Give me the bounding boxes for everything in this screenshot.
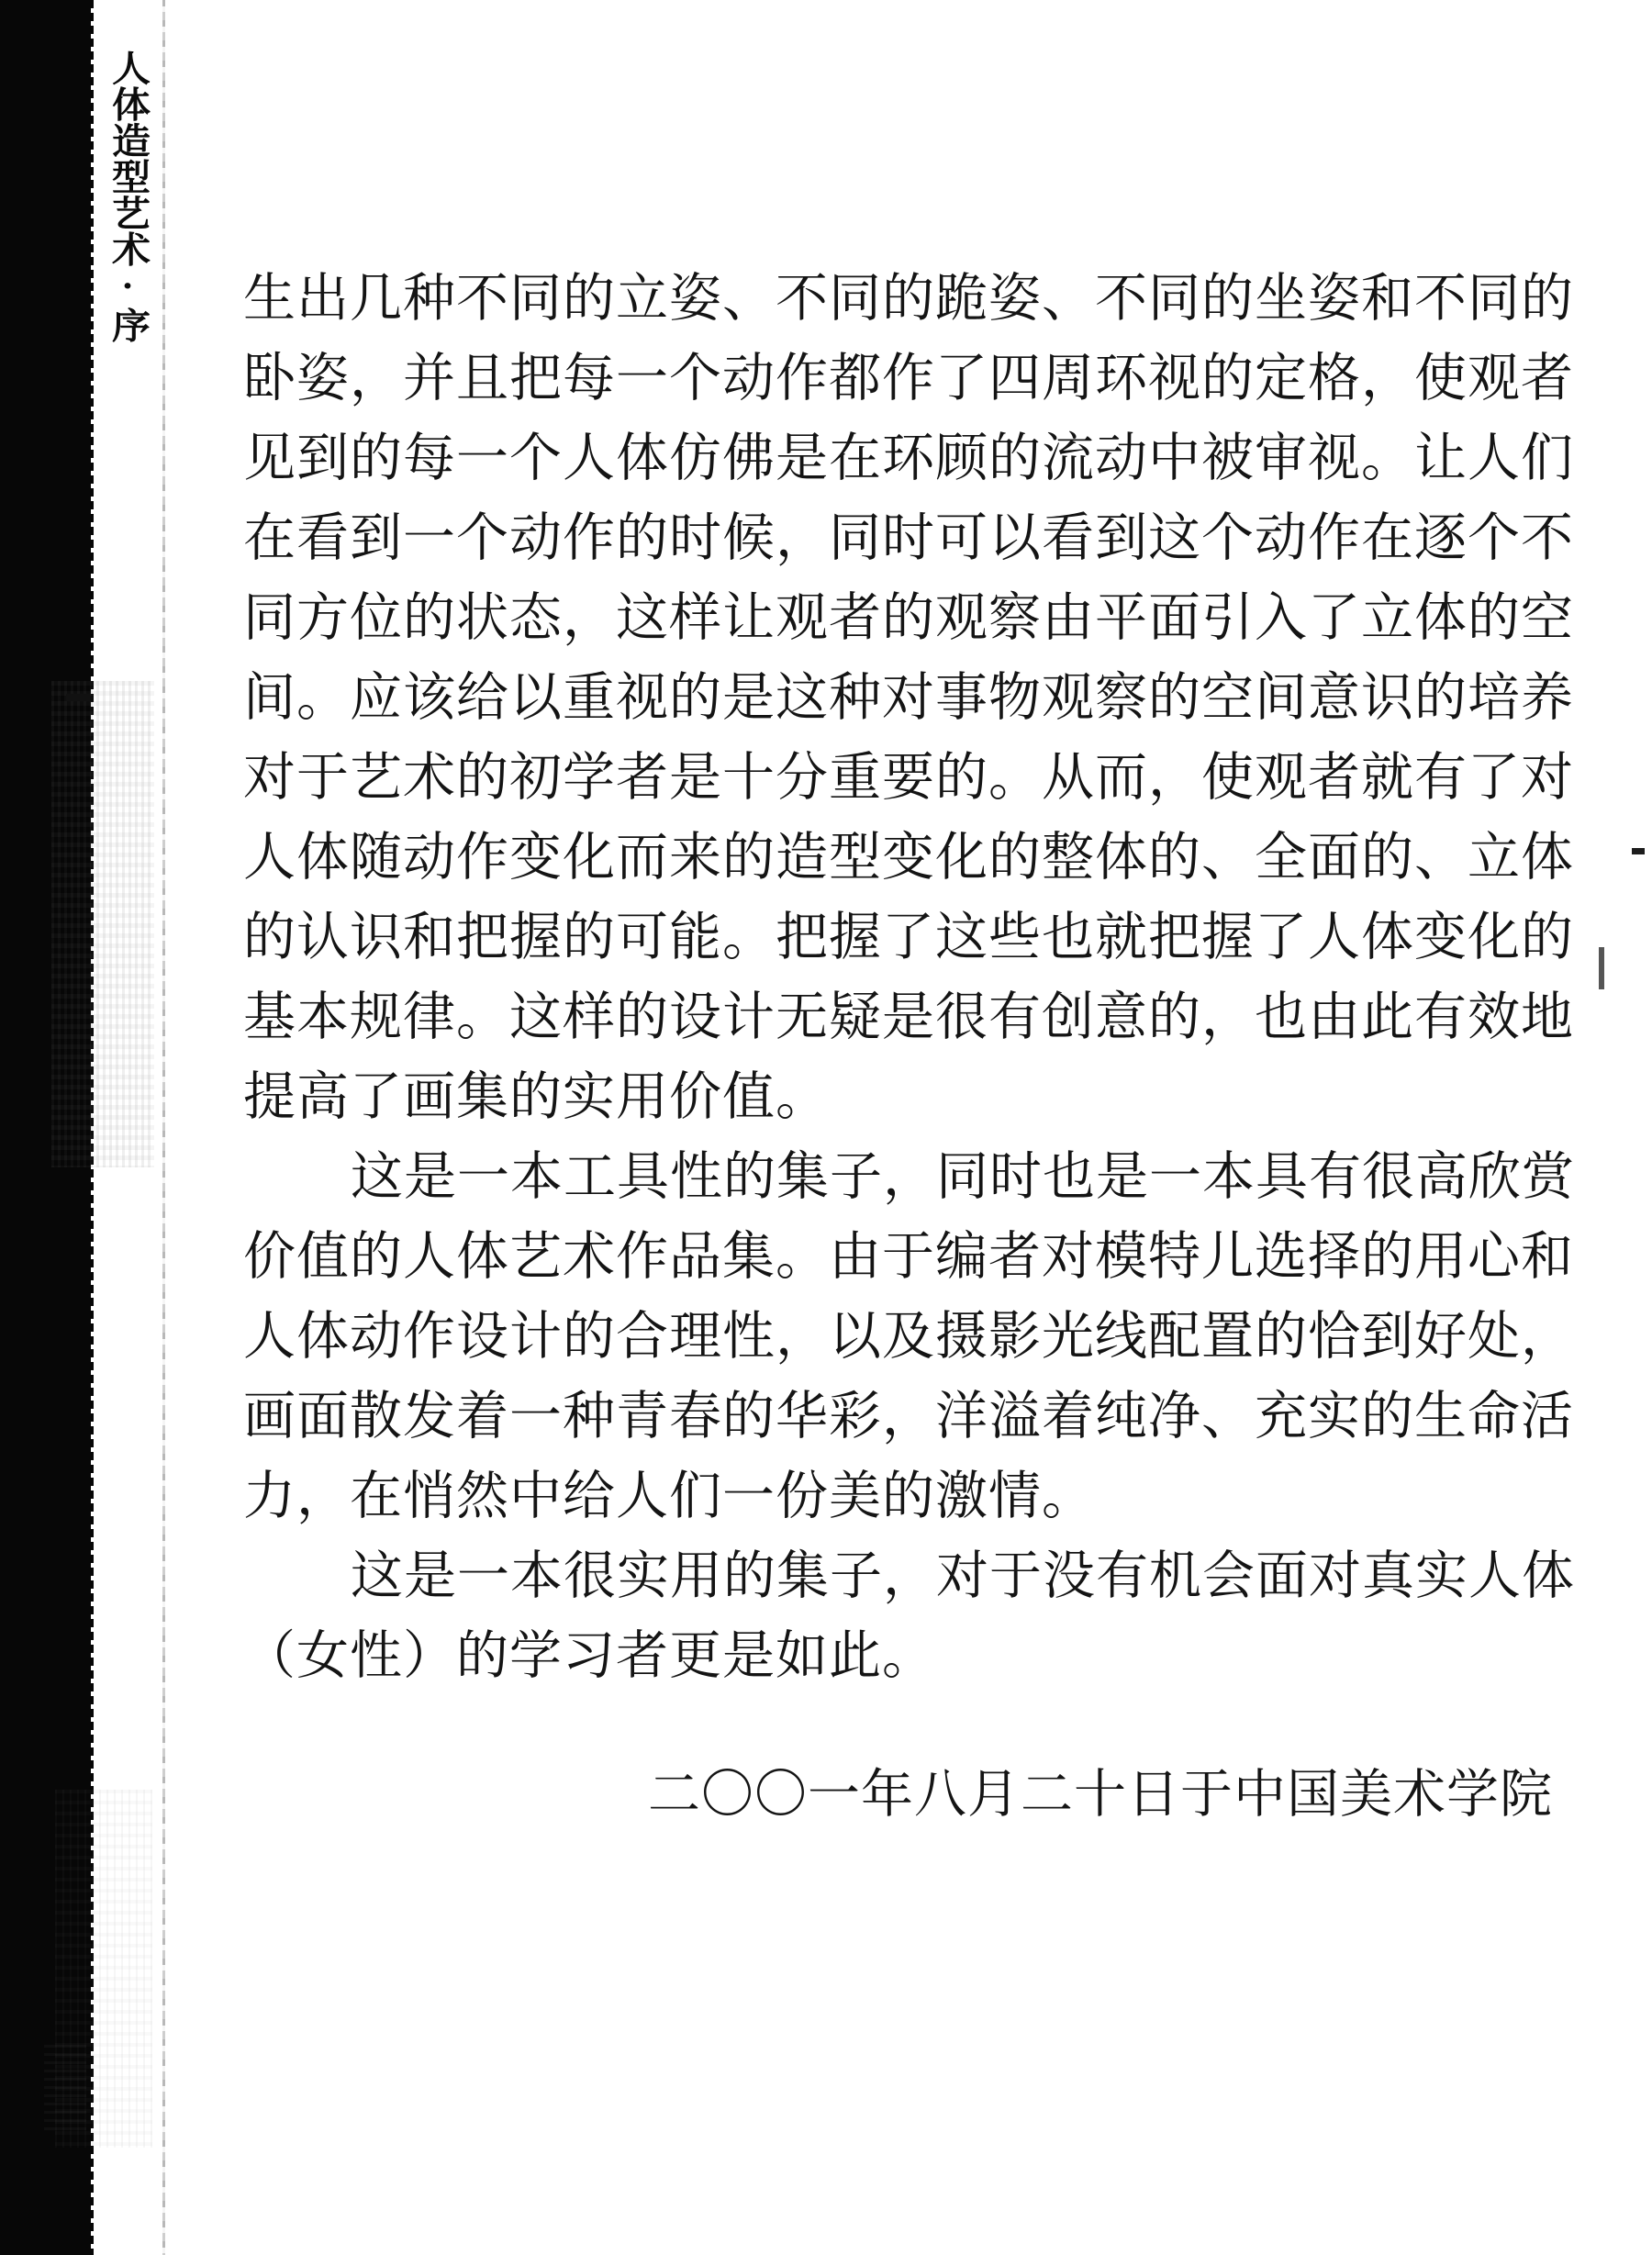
body-line: 卧姿，并且把每一个动作都作了四周环视的定格，使观者 bbox=[243, 339, 1583, 419]
body-line: 间。应该给以重视的是这种对事物观察的空间意识的培养 bbox=[243, 658, 1583, 738]
body-line: 在看到一个动作的时候，同时可以看到这个动作在逐个不 bbox=[243, 498, 1583, 578]
body-line: 价值的人体艺术作品集。由于编者对模特儿选择的用心和 bbox=[243, 1217, 1583, 1297]
body-line: 人体动作设计的合理性，以及摄影光线配置的恰到好处， bbox=[243, 1297, 1583, 1377]
body-line-paragraph-start: 这是一本工具性的集子，同时也是一本具有很高欣赏 bbox=[243, 1137, 1583, 1217]
body-line: 提高了画集的实用价值。 bbox=[243, 1057, 1583, 1137]
body-line: 画面散发着一种青春的华彩，洋溢着纯净、充实的生命活 bbox=[243, 1377, 1583, 1457]
body-line: 生出几种不同的立姿、不同的跪姿、不同的坐姿和不同的 bbox=[243, 259, 1583, 339]
preface-body-text: 生出几种不同的立姿、不同的跪姿、不同的坐姿和不同的 卧姿，并且把每一个动作都作了… bbox=[243, 259, 1583, 1696]
scan-edge-mark bbox=[1632, 848, 1645, 854]
signature-date-line: 二〇〇一年八月二十日于中国美术学院 bbox=[648, 1755, 1553, 1835]
body-line: 的认识和把握的可能。把握了这些也就把握了人体变化的 bbox=[243, 898, 1583, 977]
scan-edge-mark bbox=[1599, 947, 1604, 989]
body-line: 人体随动作变化而来的造型变化的整体的、全面的、立体 bbox=[243, 818, 1583, 898]
scanned-book-page: 人体造型艺术·序 生出几种不同的立姿、不同的跪姿、不同的坐姿和不同的 卧姿，并且… bbox=[0, 0, 1652, 2255]
scan-gutter-line bbox=[162, 0, 165, 2255]
binding-black-bar bbox=[0, 0, 91, 2255]
body-line: （女性）的学习者更是如此。 bbox=[243, 1616, 1583, 1696]
vertical-book-title: 人体造型艺术·序 bbox=[97, 50, 158, 360]
body-line-paragraph-start: 这是一本很实用的集子，对于没有机会面对真实人体 bbox=[243, 1536, 1583, 1616]
body-line: 同方位的状态，这样让观者的观察由平面引入了立体的空 bbox=[243, 578, 1583, 658]
body-line: 见到的每一个人体仿佛是在环顾的流动中被审视。让人们 bbox=[243, 419, 1583, 498]
body-line: 对于艺术的初学者是十分重要的。从而，使观者就有了对 bbox=[243, 738, 1583, 818]
body-line: 力，在悄然中给人们一份美的激情。 bbox=[243, 1457, 1583, 1536]
body-line: 基本规律。这样的设计无疑是很有创意的，也由此有效地 bbox=[243, 977, 1583, 1057]
